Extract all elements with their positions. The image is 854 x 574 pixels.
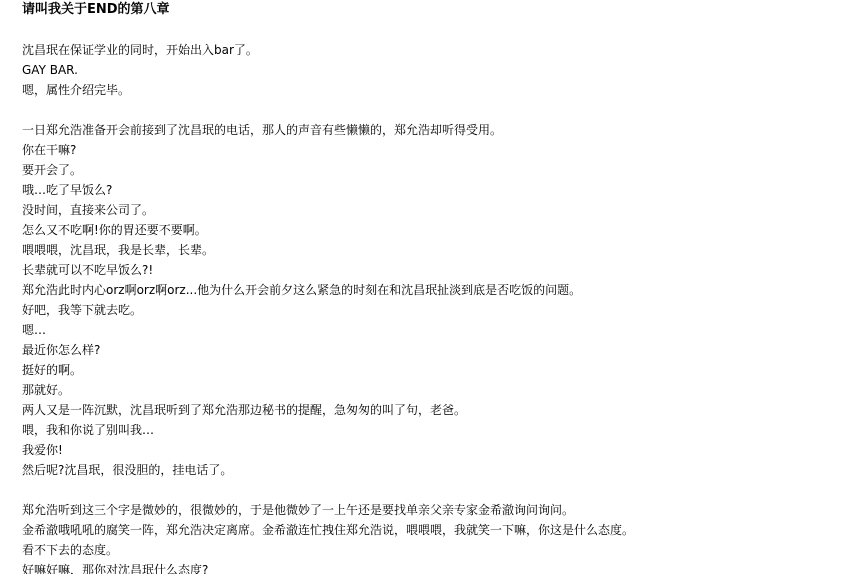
text-line: 好吧，我等下就去吃。 [22,300,842,320]
text-line: 要开会了。 [22,160,842,180]
paragraph-spacer [22,480,842,500]
text-line: 郑允浩听到这三个字是微妙的，很微妙的，于是他微妙了一上午还是要找单亲父亲专家金希… [22,500,842,520]
text-line: 沈昌珉在保证学业的同时，开始出入bar了。 [22,40,842,60]
text-line: 没时间，直接来公司了。 [22,200,842,220]
text-line: 然后呢?沈昌珉，很没胆的，挂电话了。 [22,460,842,480]
text-line: 喂喂喂，沈昌珉，我是长辈，长辈。 [22,240,842,260]
text-line: 一日郑允浩准备开会前接到了沈昌珉的电话，那人的声音有些懒懒的，郑允浩却听得受用。 [22,120,842,140]
text-line: 怎么又不吃啊!你的胃还要不要啊。 [22,220,842,240]
text-line: 喂，我和你说了别叫我… [22,420,842,440]
text-line: 好嘛好嘛，那你对沈昌珉什么态度? [22,560,842,574]
text-line: 最近你怎么样? [22,340,842,360]
text-line: 金希澈哦吼吼的腐笑一阵，郑允浩决定离席。金希澈连忙拽住郑允浩说，喂喂喂，我就笑一… [22,520,842,540]
text-line: 哦…吃了早饭么? [22,180,842,200]
text-line: 你在干嘛? [22,140,842,160]
text-line: 两人又是一阵沉默，沈昌珉听到了郑允浩那边秘书的提醒，急匆匆的叫了句，老爸。 [22,400,842,420]
text-line: 看不下去的态度。 [22,540,842,560]
text-line: 那就好。 [22,380,842,400]
paragraph-spacer [22,100,842,120]
paragraph: 沈昌珉在保证学业的同时，开始出入bar了。 GAY BAR. 嗯，属性介绍完毕。 [22,40,842,100]
text-line: 嗯，属性介绍完毕。 [22,80,842,100]
chapter-body: 沈昌珉在保证学业的同时，开始出入bar了。 GAY BAR. 嗯，属性介绍完毕。… [22,40,842,574]
text-line: GAY BAR. [22,60,842,80]
text-line: 我爱你! [22,440,842,460]
text-line: 郑允浩此时内心orz啊orz啊orz...他为什么开会前夕这么紧急的时刻在和沈昌… [22,280,842,300]
chapter-title: 请叫我关于END的第八章 [22,0,842,19]
text-line: 嗯… [22,320,842,340]
paragraph: 一日郑允浩准备开会前接到了沈昌珉的电话，那人的声音有些懒懒的，郑允浩却听得受用。… [22,120,842,480]
text-line: 长辈就可以不吃早饭么?! [22,260,842,280]
text-line: 挺好的啊。 [22,360,842,380]
paragraph: 郑允浩听到这三个字是微妙的，很微妙的，于是他微妙了一上午还是要找单亲父亲专家金希… [22,500,842,574]
document-page: 请叫我关于END的第八章 沈昌珉在保证学业的同时，开始出入bar了。 GAY B… [22,0,842,574]
